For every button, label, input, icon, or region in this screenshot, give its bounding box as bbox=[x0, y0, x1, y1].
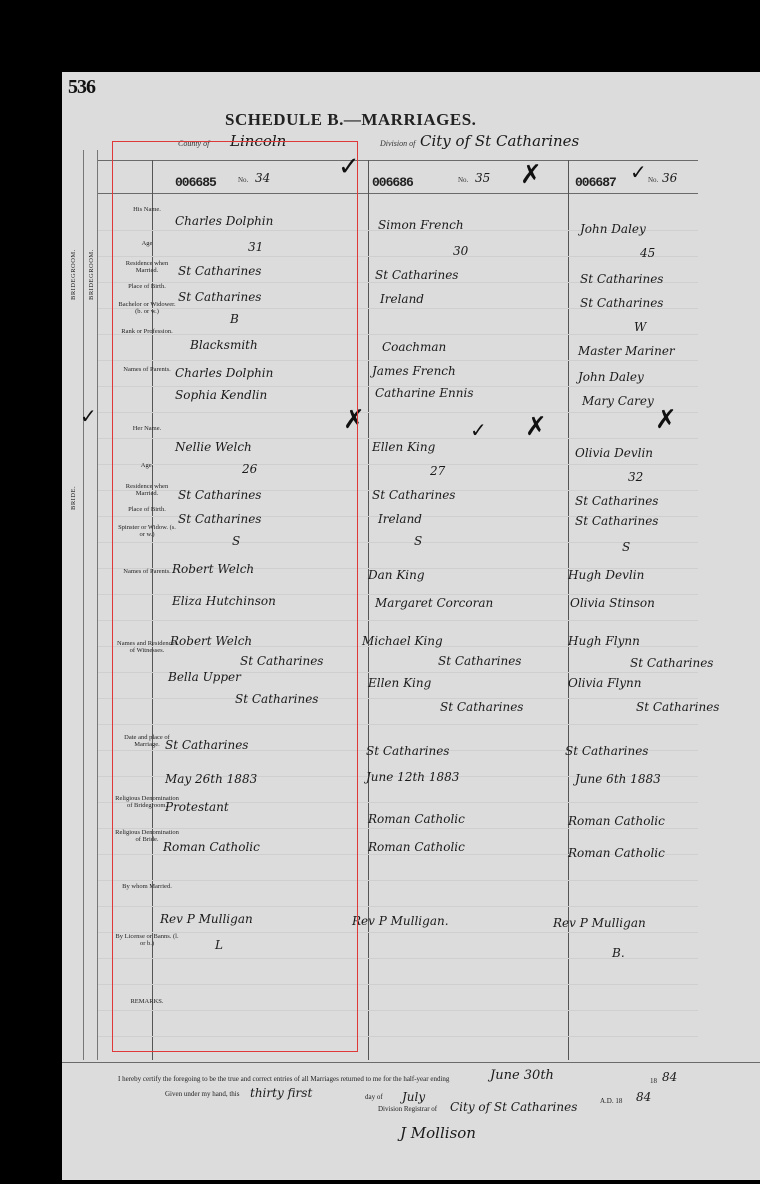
registrar-label: Division Registrar of bbox=[378, 1105, 437, 1113]
half-year-end-date: June 30th bbox=[490, 1068, 554, 1083]
entry-2-witness-1: Michael King bbox=[362, 634, 443, 648]
entry-2-place: St Catharines bbox=[366, 744, 449, 758]
bridegroom-side-label-inner: BRIDEGROOM. bbox=[88, 249, 95, 300]
certification-day: thirty first bbox=[250, 1086, 312, 1100]
entry-highlight-box bbox=[112, 141, 358, 1052]
entry-3-her-residence: St Catharines bbox=[575, 494, 658, 508]
entry-2-birth-place: Ireland bbox=[380, 292, 424, 306]
cross-mark-icon: ✗ bbox=[655, 405, 677, 435]
entry-3-parent-2: Mary Carey bbox=[582, 394, 654, 408]
entry-2-reg-number: 006686 bbox=[372, 175, 413, 190]
entry-2-her-parent-1: Dan King bbox=[368, 568, 425, 582]
division-value: City of St Catharines bbox=[420, 132, 579, 150]
ad-label: A.D. 18 bbox=[600, 1097, 622, 1105]
cross-check-mark-icon: ✓ bbox=[630, 160, 647, 184]
entry-2-witness-2: Ellen King bbox=[368, 676, 431, 690]
entry-2-profession: Coachman bbox=[382, 340, 446, 354]
day-of-label: day of bbox=[365, 1093, 383, 1101]
entry-2-parent-1: James French bbox=[372, 364, 456, 378]
ad-year: 84 bbox=[636, 1090, 651, 1104]
entry-3-witness-1: Hugh Flynn bbox=[568, 634, 640, 648]
certification-text: I hereby certify the foregoing to be the… bbox=[118, 1075, 449, 1083]
page-number: 536 bbox=[68, 76, 95, 99]
entry-3-date: June 6th 1883 bbox=[575, 772, 661, 786]
entry-3-religion-groom: Roman Catholic bbox=[568, 814, 665, 828]
entry-3-status: W bbox=[634, 320, 646, 334]
entry-2-her-status: S bbox=[414, 534, 422, 548]
entry-3-parent-1: John Daley bbox=[578, 370, 644, 384]
schedule-title: SCHEDULE B.—MARRIAGES. bbox=[225, 110, 476, 130]
entry-3-residence: St Catharines bbox=[580, 272, 663, 286]
entry-3-her-parent-1: Hugh Devlin bbox=[568, 568, 644, 582]
side-rule-2 bbox=[97, 150, 98, 1060]
table-bottom-rule bbox=[62, 1062, 760, 1063]
registrar-signature: J Mollison bbox=[400, 1124, 476, 1142]
entry-3-her-birth-place: St Catharines bbox=[575, 514, 658, 528]
entry-3-reg-number: 006687 bbox=[575, 175, 616, 190]
entry-3-witness-1-residence: St Catharines bbox=[630, 656, 713, 670]
entry-3-witness-2: Olivia Flynn bbox=[568, 676, 642, 690]
entry-2-her-birth-place: Ireland bbox=[378, 512, 422, 526]
check-mark-icon: ✓ bbox=[80, 404, 97, 428]
entry-2-her-age: 27 bbox=[430, 464, 445, 478]
entry-3-her-age: 32 bbox=[628, 470, 643, 484]
entry-2-parent-2: Catharine Ennis bbox=[375, 386, 473, 400]
entry-2-her-residence: St Catharines bbox=[372, 488, 455, 502]
registrar-division: City of St Catharines bbox=[450, 1100, 577, 1114]
entry-3-religion-bride: Roman Catholic bbox=[568, 846, 665, 860]
check-mark-icon: ✓ bbox=[470, 418, 487, 442]
entry-2-no: 35 bbox=[475, 171, 490, 185]
entry-2-religion-groom: Roman Catholic bbox=[368, 812, 465, 826]
entry-2-witness-1-residence: St Catharines bbox=[438, 654, 521, 668]
year-label: 18 bbox=[650, 1077, 657, 1085]
entry-2-age: 30 bbox=[453, 244, 468, 258]
entry-3-her-parent-2: Olivia Stinson bbox=[570, 596, 655, 610]
entry-3-witness-2-residence: St Catharines bbox=[636, 700, 719, 714]
entry-2-witness-2-residence: St Catharines bbox=[440, 700, 523, 714]
entry-2-his-name: Simon French bbox=[378, 218, 464, 232]
cross-mark-icon: ✗ bbox=[525, 412, 547, 442]
entry-3-officiant: Rev P Mulligan bbox=[553, 916, 646, 930]
certification-month: July bbox=[402, 1090, 425, 1104]
entry-2-her-name: Ellen King bbox=[372, 440, 435, 454]
side-rule-1 bbox=[83, 150, 84, 1060]
cross-check-mark-icon: ✗ bbox=[520, 160, 542, 190]
year-value: 84 bbox=[662, 1070, 677, 1084]
bride-side-label: BRIDE. bbox=[70, 486, 77, 510]
division-label: Division of bbox=[380, 139, 415, 148]
entry-2-date: June 12th 1883 bbox=[366, 770, 459, 784]
entry-3-her-name: Olivia Devlin bbox=[575, 446, 653, 460]
entry-3-profession: Master Mariner bbox=[578, 344, 675, 358]
entry-3-age: 45 bbox=[640, 246, 655, 260]
entry-3-birth-place: St Catharines bbox=[580, 296, 663, 310]
given-under-hand-label: Given under my hand, this bbox=[165, 1090, 239, 1098]
entry-3-no: 36 bbox=[662, 171, 677, 185]
entry-2-officiant: Rev P Mulligan. bbox=[352, 914, 449, 928]
entry-2-her-parent-2: Margaret Corcoran bbox=[375, 596, 493, 610]
entry-3-place: St Catharines bbox=[565, 744, 648, 758]
entry-2-residence: St Catharines bbox=[375, 268, 458, 282]
entry-3-no-label: No. bbox=[648, 176, 658, 184]
bridegroom-side-label: BRIDEGROOM. bbox=[70, 249, 77, 300]
entry-3-her-status: S bbox=[622, 540, 630, 554]
entry-2-religion-bride: Roman Catholic bbox=[368, 840, 465, 854]
entry-3-license-banns: B. bbox=[612, 946, 625, 960]
entry-2-no-label: No. bbox=[458, 176, 468, 184]
entry-3-his-name: John Daley bbox=[580, 222, 646, 236]
